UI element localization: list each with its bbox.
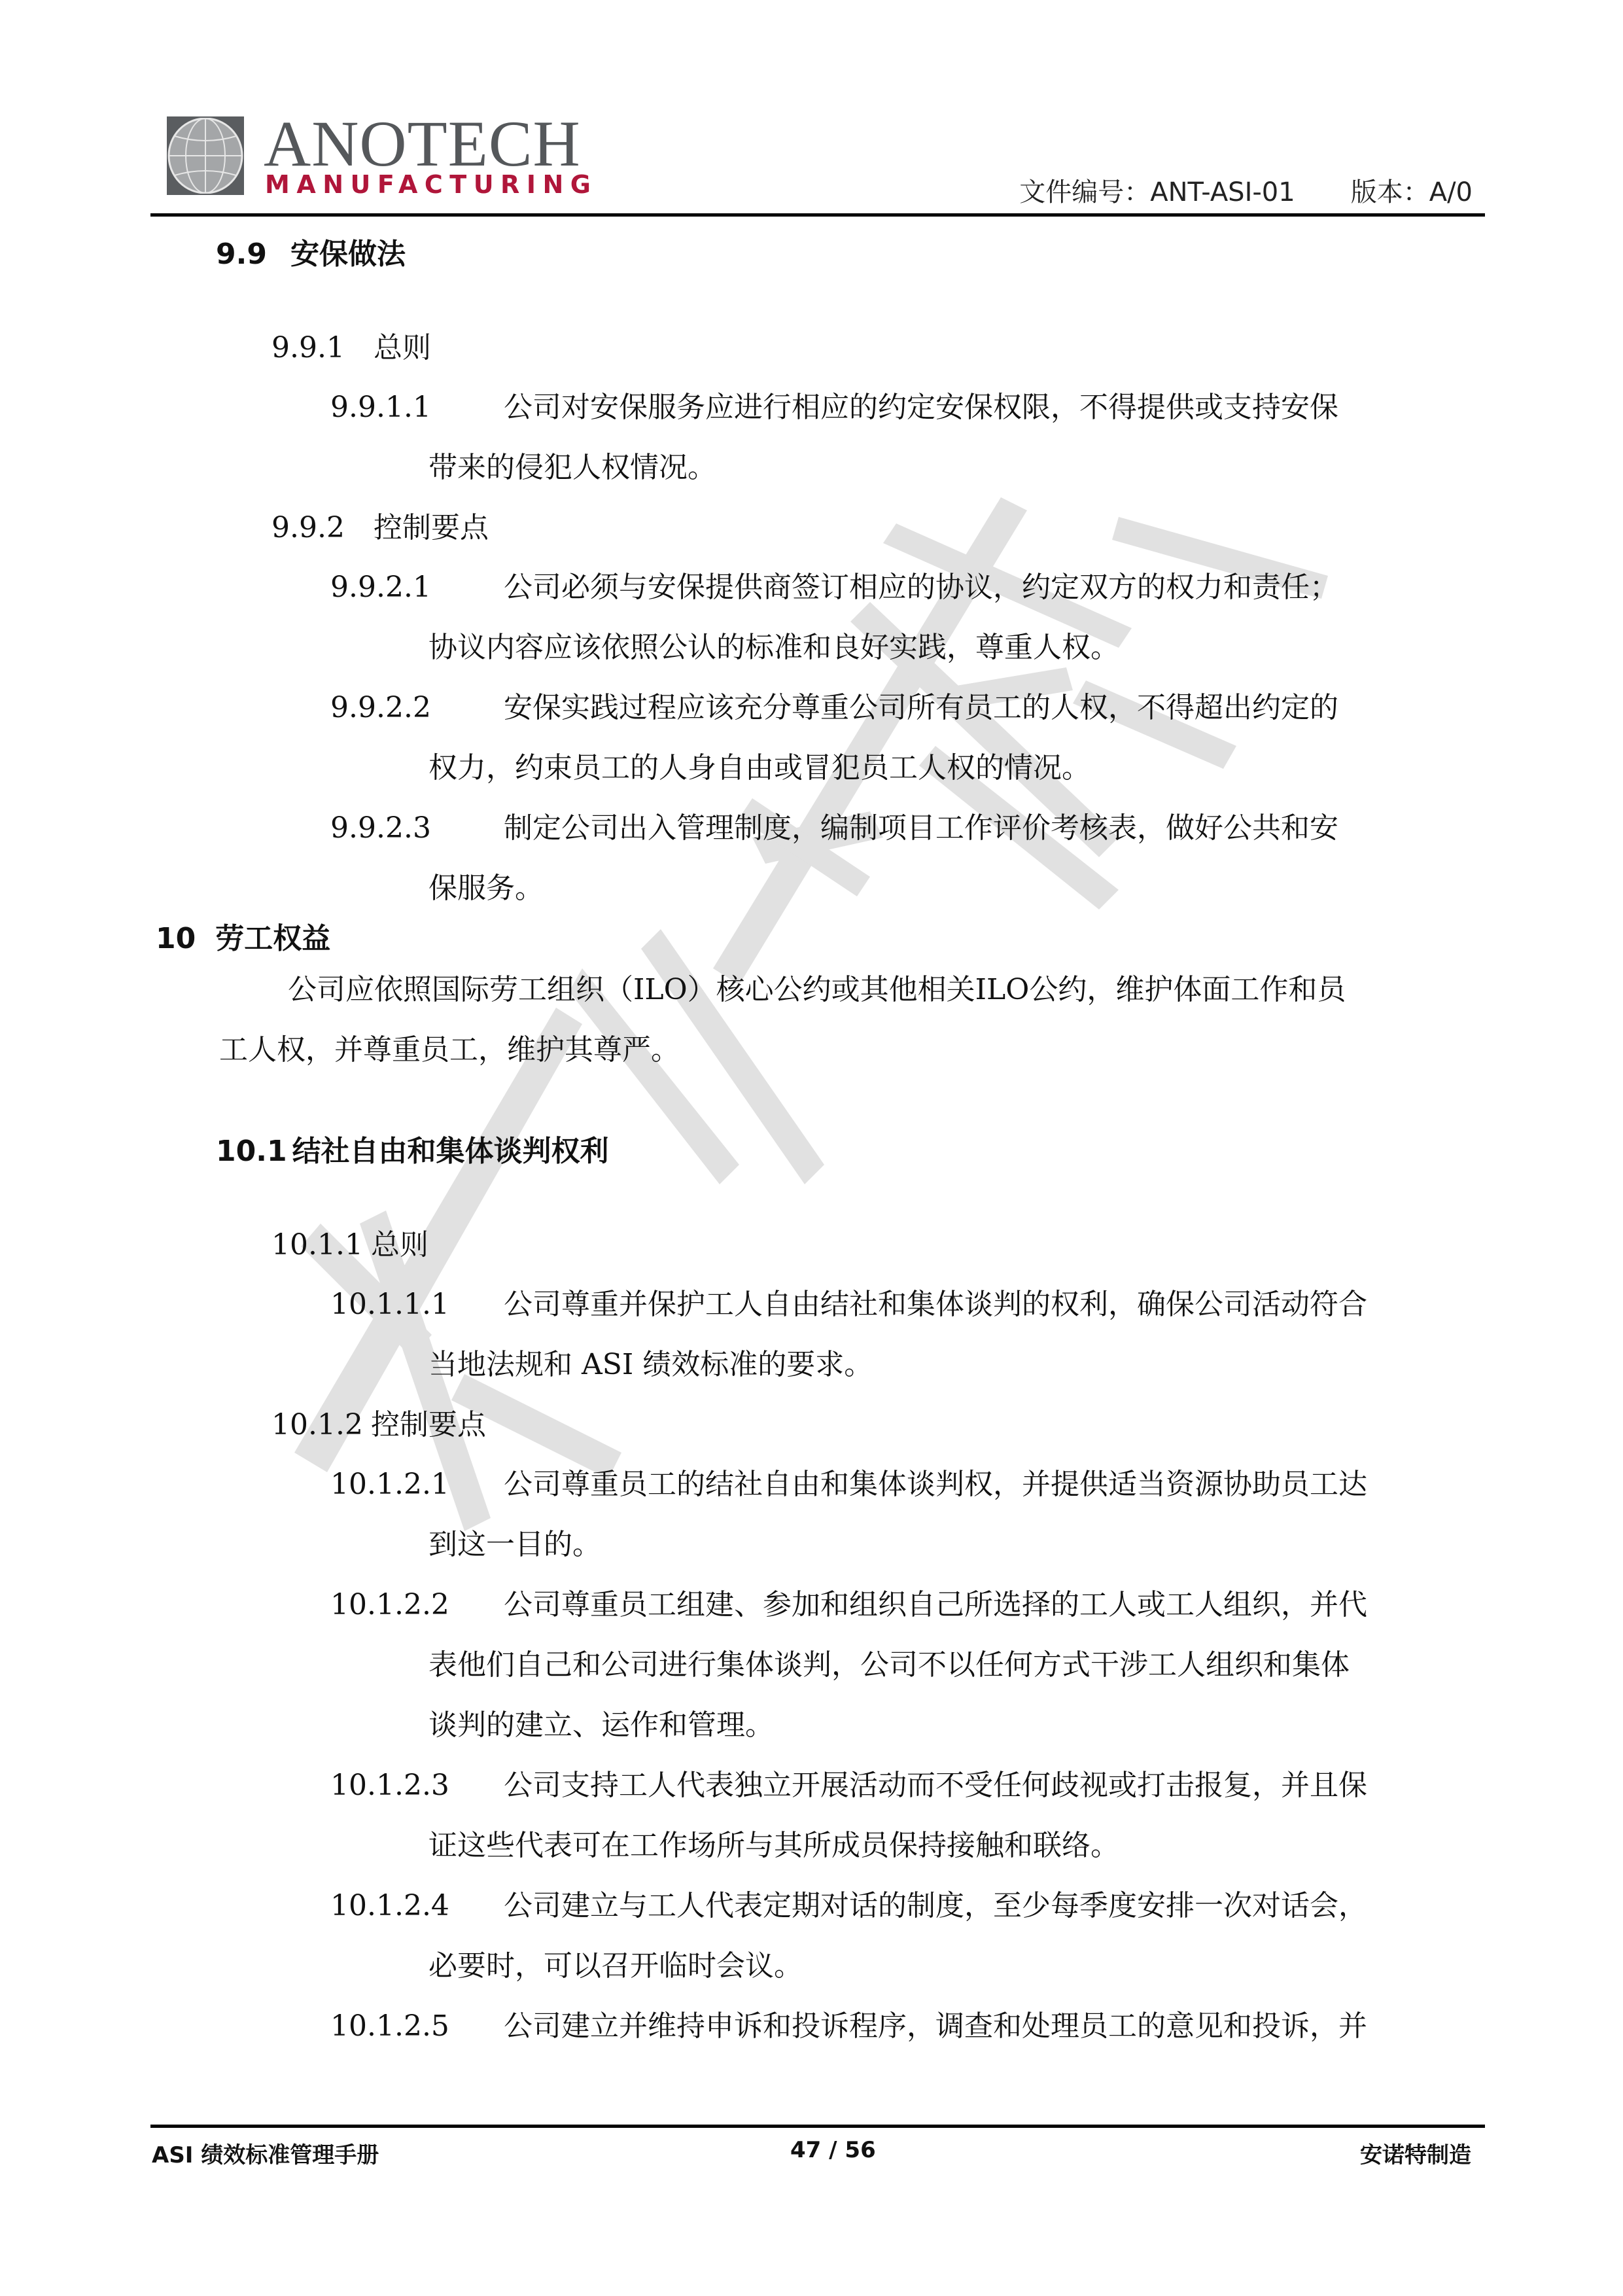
clause-number: 10.1.2.1	[330, 1468, 449, 1501]
section-number: 9.9	[216, 238, 267, 271]
subsection-title: 控制要点	[371, 1408, 486, 1441]
clause-number: 9.9.2.2	[330, 692, 431, 724]
chapter-heading-10: 10劳工权益	[156, 915, 330, 957]
subsection-title: 总则	[374, 331, 431, 364]
clause-text-continued: 保服务。	[428, 872, 544, 905]
clause-number: 10.1.2.2	[330, 1589, 449, 1621]
chapter-number: 10	[156, 922, 196, 955]
chapter-intro-continued: 工人权，并尊重员工，维护其尊严。	[219, 1034, 680, 1067]
clause-text-continued: 协议内容应该依照公认的标准和良好实践，尊重人权。	[428, 631, 1119, 664]
section-title: 结社自由和集体谈判权利	[292, 1135, 609, 1168]
section-heading-9-9: 9.9安保做法	[216, 230, 406, 272]
section-number: 10.1	[216, 1135, 287, 1168]
clause-number: 10.1.2.3	[330, 1769, 449, 1802]
clause-text-continued: 表他们自己和公司进行集体谈判，公司不以任何方式干涉工人组织和集体	[428, 1649, 1350, 1682]
clause-text: 公司尊重员工组建、参加和组织自己所选择的工人或工人组织，并代	[504, 1589, 1367, 1621]
clause-text-continued: 当地法规和 ASI 绩效标准的要求。	[428, 1349, 873, 1381]
subsection-heading-9-9-2: 9.9.2控制要点	[271, 512, 489, 544]
clause-text-continued: 必要时，可以召开临时会议。	[428, 1950, 803, 1983]
subsection-number: 10.1.2	[271, 1408, 363, 1441]
subsection-title: 控制要点	[374, 511, 489, 544]
clause-text-continued: 带来的侵犯人权情况。	[428, 451, 716, 484]
subsection-number: 9.9.1	[271, 331, 345, 364]
clause-text: 公司对安保服务应进行相应的约定安保权限，不得提供或支持安保	[504, 391, 1338, 424]
section-title: 安保做法	[290, 238, 406, 271]
clause-number: 10.1.2.4	[330, 1890, 449, 1922]
subsection-number: 9.9.2	[271, 511, 345, 544]
section-heading-10-1: 10.1结社自由和集体谈判权利	[216, 1127, 609, 1169]
subsection-heading-9-9-1: 9.9.1总则	[271, 332, 431, 364]
clause-text: 公司支持工人代表独立开展活动而不受任何歧视或打击报复，并且保	[504, 1769, 1367, 1802]
clause-text-continued: 谈判的建立、运作和管理。	[428, 1709, 774, 1742]
clause-text: 公司尊重员工的结社自由和集体谈判权，并提供适当资源协助员工达	[504, 1468, 1367, 1501]
clause-number: 10.1.2.5	[330, 2010, 449, 2043]
clause-text: 公司建立并维持申诉和投诉程序，调查和处理员工的意见和投诉，并	[504, 2010, 1367, 2043]
clause-number: 9.9.2.3	[330, 812, 431, 845]
clause-text: 制定公司出入管理制度，编制项目工作评价考核表，做好公共和安	[504, 812, 1338, 845]
clause-text-continued: 权力，约束员工的人身自由或冒犯员工人权的情况。	[428, 752, 1091, 785]
document-body: 9.9安保做法 9.9.1总则 9.9.1.1 公司对安保服务应进行相应的约定安…	[0, 0, 1623, 2296]
clause-number: 10.1.1.1	[330, 1288, 449, 1321]
chapter-title: 劳工权益	[215, 922, 330, 955]
clause-text: 公司尊重并保护工人自由结社和集体谈判的权利，确保公司活动符合	[504, 1288, 1367, 1321]
subsection-title: 总则	[371, 1228, 428, 1262]
clause-text: 安保实践过程应该充分尊重公司所有员工的人权，不得超出约定的	[504, 692, 1338, 724]
subsection-heading-10-1-1: 10.1.1总则	[271, 1229, 428, 1262]
subsection-heading-10-1-2: 10.1.2控制要点	[271, 1409, 486, 1441]
clause-number: 9.9.2.1	[330, 571, 431, 604]
chapter-intro: 公司应依照国际劳工组织（ILO）核心公约或其他相关ILO公约，维护体面工作和员	[288, 974, 1346, 1006]
clause-text-continued: 证这些代表可在工作场所与其所成员保持接触和联络。	[428, 1829, 1119, 1862]
clause-text-continued: 到这一目的。	[428, 1528, 601, 1561]
clause-text: 公司建立与工人代表定期对话的制度，至少每季度安排一次对话会，	[504, 1890, 1367, 1922]
subsection-number: 10.1.1	[271, 1228, 363, 1262]
clause-number: 9.9.1.1	[330, 391, 431, 424]
clause-text: 公司必须与安保提供商签订相应的协议，约定双方的权力和责任；	[504, 571, 1338, 604]
